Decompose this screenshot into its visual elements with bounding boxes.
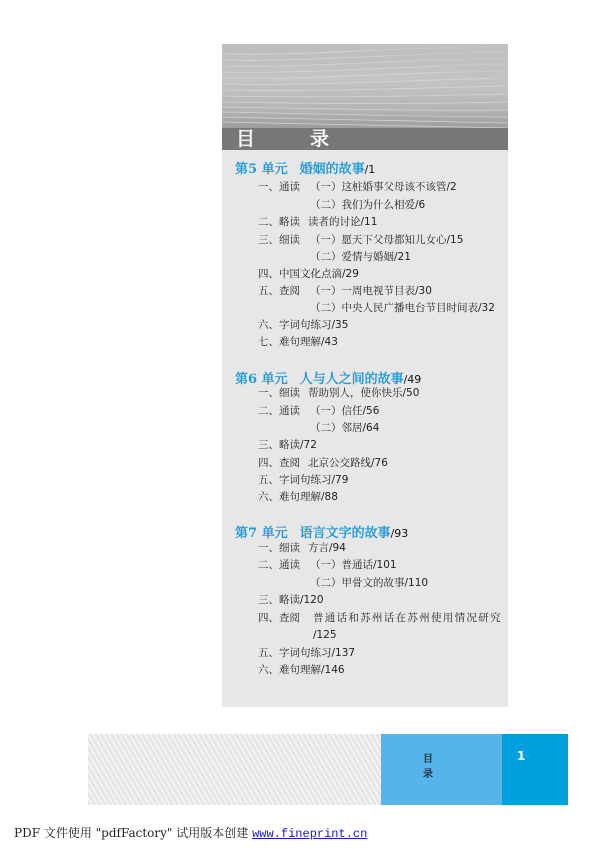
toc-item-sub[interactable]: （二）爱情与婚姻/21: [310, 250, 411, 264]
item-text: 一周电视节目表/30: [342, 285, 432, 297]
toc-item[interactable]: 二、略读: [258, 215, 300, 229]
item-number: 二、通读: [258, 405, 300, 417]
watermark-text: PDF 文件使用 "pdfFactory" 试用版本创建: [14, 826, 252, 840]
item-sub: （二）: [310, 199, 342, 211]
toc-item-sub[interactable]: （二）邻居/64: [310, 421, 379, 435]
chapter-label: 第6 单元: [235, 372, 288, 387]
item-text: 爱情与婚姻/21: [342, 251, 411, 263]
toc-item-text[interactable]: 普通话和苏州话在苏州使用情况研究: [313, 611, 502, 625]
toc-item[interactable]: 三、略读/120: [258, 593, 324, 607]
item-text: 帮助别人，使你快乐/50: [308, 387, 419, 399]
toc-item-text[interactable]: 方言/94: [308, 541, 346, 555]
item-number: 二、通读: [258, 559, 300, 571]
item-sub: （一）: [310, 234, 342, 246]
toc-item-text[interactable]: /125: [313, 628, 337, 642]
toc-item-sub[interactable]: （一）愿天下父母都知儿女心/15: [310, 233, 463, 247]
item-number: 六、字词句练习/35: [258, 319, 348, 331]
chapter-label: 第5 单元: [235, 162, 288, 177]
item-text: 普通话和苏州话在苏州使用情况研究: [313, 612, 502, 624]
toc-item-sub[interactable]: （一）信任/56: [310, 404, 379, 418]
toc-item-text[interactable]: 帮助别人，使你快乐/50: [308, 386, 419, 400]
footer-page-number: 1: [502, 734, 568, 805]
item-text: 方言/94: [308, 542, 346, 554]
chapter-page: /1: [365, 163, 376, 176]
item-sub: （二）: [310, 577, 342, 589]
item-number: 五、字词句练习/79: [258, 474, 348, 486]
toc-item[interactable]: 一、细读: [258, 386, 300, 400]
item-number: 六、难句理解/146: [258, 664, 345, 676]
item-sub: （一）: [310, 405, 342, 417]
item-sub: （一）: [310, 559, 342, 571]
item-number: 三、略读/120: [258, 594, 324, 606]
chapter-title: 婚姻的故事: [300, 162, 365, 177]
item-number: 五、字词句练习/137: [258, 647, 355, 659]
header-decoration: [222, 44, 508, 128]
toc-item-text[interactable]: 读者的讨论/11: [308, 215, 377, 229]
footer-section-text: 目 录: [423, 750, 502, 780]
item-text: 北京公交路线/76: [308, 457, 388, 469]
toc-item[interactable]: 三、细读: [258, 233, 300, 247]
chapter-page: /49: [404, 373, 422, 386]
toc-item[interactable]: 二、通读: [258, 404, 300, 418]
toc-item[interactable]: 六、字词句练习/35: [258, 318, 348, 332]
item-text: 中央人民广播电台节目时间表/32: [342, 302, 495, 314]
item-text: 邻居/64: [342, 422, 380, 434]
item-number: 四、查阅: [258, 612, 300, 624]
chapter-title: 人与人之间的故事: [300, 372, 404, 387]
item-number: 四、查阅: [258, 457, 300, 469]
toc-item[interactable]: 四、查阅: [258, 611, 300, 625]
page-number: 1: [517, 749, 525, 763]
toc-item[interactable]: 一、细读: [258, 541, 300, 555]
item-number: 四、中国文化点滴/29: [258, 268, 359, 280]
toc-item-sub[interactable]: （二）中央人民广播电台节目时间表/32: [310, 301, 495, 315]
toc-item[interactable]: 四、查阅: [258, 456, 300, 470]
item-text: 愿天下父母都知儿女心/15: [342, 234, 464, 246]
chapter-heading[interactable]: 第7 单元语言文字的故事/93: [235, 522, 408, 541]
chapter-title: 语言文字的故事: [300, 526, 391, 541]
footer-section-label: 目 录: [381, 734, 502, 805]
wave-lines-icon: [222, 44, 508, 128]
chapter-heading[interactable]: 第6 单元人与人之间的故事/49: [235, 368, 421, 387]
toc-item-sub[interactable]: （二）甲骨文的故事/110: [310, 576, 428, 590]
toc-item[interactable]: 六、难句理解/88: [258, 490, 338, 504]
item-sub: （二）: [310, 302, 342, 314]
item-number: 七、难句理解/43: [258, 336, 338, 348]
toc-item[interactable]: 三、略读/72: [258, 438, 317, 452]
item-number: 一、细读: [258, 542, 300, 554]
item-page: /125: [313, 629, 337, 641]
toc-item[interactable]: 六、难句理解/146: [258, 663, 345, 677]
item-sub: （一）: [310, 285, 342, 297]
page-title: 目 录: [236, 128, 347, 150]
toc-item-sub[interactable]: （一）一周电视节目表/30: [310, 284, 432, 298]
item-sub: （一）: [310, 181, 342, 193]
toc-item[interactable]: 一、通读: [258, 180, 300, 194]
item-number: 六、难句理解/88: [258, 491, 338, 503]
item-number: 五、查阅: [258, 285, 300, 297]
item-sub: （二）: [310, 251, 342, 263]
item-text: 这桩婚事父母该不该管/2: [342, 181, 457, 193]
item-number: 二、略读: [258, 216, 300, 228]
toc-item-sub[interactable]: （二）我们为什么相爱/6: [310, 198, 425, 212]
chapter-label: 第7 单元: [235, 526, 288, 541]
footer-stripes: [88, 734, 381, 805]
item-number: 三、略读/72: [258, 439, 317, 451]
item-number: 一、细读: [258, 387, 300, 399]
toc-item[interactable]: 五、字词句练习/137: [258, 646, 355, 660]
item-number: 三、细读: [258, 234, 300, 246]
item-sub: （二）: [310, 422, 342, 434]
toc-item[interactable]: 四、中国文化点滴/29: [258, 267, 359, 281]
toc-item[interactable]: 二、通读: [258, 558, 300, 572]
item-text: 读者的讨论/11: [308, 216, 377, 228]
toc-item-text[interactable]: 北京公交路线/76: [308, 456, 388, 470]
item-text: 普通话/101: [342, 559, 397, 571]
watermark-link[interactable]: www.fineprint.cn: [252, 827, 367, 841]
item-text: 我们为什么相爱/6: [342, 199, 426, 211]
toc-item[interactable]: 七、难句理解/43: [258, 335, 338, 349]
watermark: PDF 文件使用 "pdfFactory" 试用版本创建 www.finepri…: [14, 824, 367, 841]
toc-item-sub[interactable]: （一）这桩婚事父母该不该管/2: [310, 180, 457, 194]
item-text: 信任/56: [342, 405, 380, 417]
title-bar: 目 录: [222, 128, 508, 150]
item-text: 甲骨文的故事/110: [342, 577, 429, 589]
chapter-page: /93: [391, 527, 409, 540]
toc-item[interactable]: 五、查阅: [258, 284, 300, 298]
chapter-heading[interactable]: 第5 单元婚姻的故事/1: [235, 158, 375, 177]
item-number: 一、通读: [258, 181, 300, 193]
toc-item-sub[interactable]: （一）普通话/101: [310, 558, 397, 572]
toc-item[interactable]: 五、字词句练习/79: [258, 473, 348, 487]
